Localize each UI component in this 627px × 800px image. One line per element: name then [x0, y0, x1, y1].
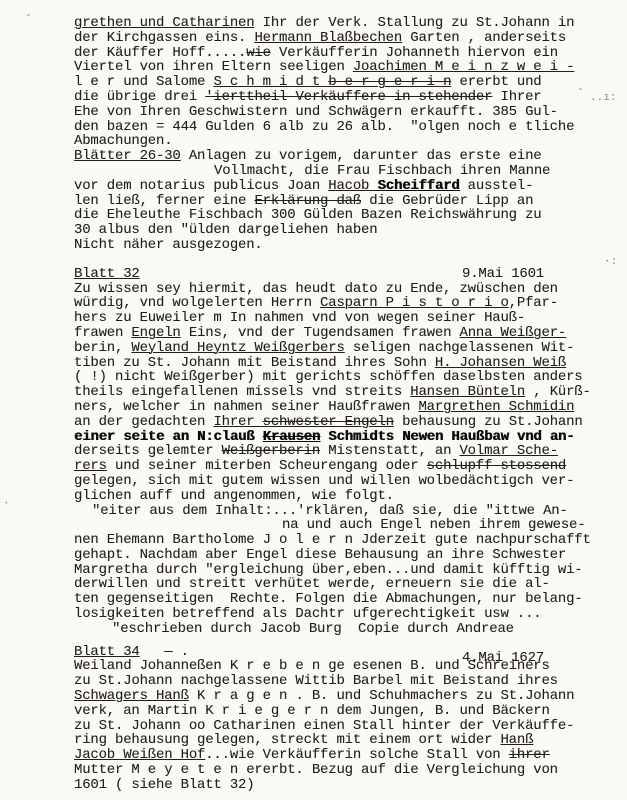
text-segment: Mutter M e y e t e n ererbt. Bezug auf d… — [74, 762, 558, 778]
text-segment: 30 albus den "ülden dargeliehen haben — [74, 222, 377, 238]
text-segment: Nicht näher ausgezogen. — [74, 237, 263, 253]
text-segment: seligen nachgelassenen Wit- — [345, 340, 575, 356]
text-segment: b e r g e r i n — [328, 74, 451, 90]
text-line: der Kirchgassen eins. Hermann Blaßbechen… — [74, 31, 609, 46]
text-segment: gehapt. Nachdam aber Engel diese Behausu… — [74, 547, 566, 563]
text-segment: Blatt 32 — [74, 266, 140, 282]
text-segment: "eschrieben durch Jacob Burg Copie durch… — [112, 621, 514, 637]
text-segment: behausung zu St.Johann — [394, 414, 583, 430]
text-segment: zu St.Johann nachgelassene Wittib Barbel… — [74, 673, 558, 689]
document-page: grethen und Catharinen Ihr der Verk. Sta… — [0, 0, 627, 800]
text-segment: der Kirchgassen eins. — [74, 30, 254, 46]
text-segment: S c h m i d t — [213, 74, 328, 90]
text-line: Ehe von Ihren Geschwistern und Schwägern… — [74, 105, 609, 120]
document-text: grethen und Catharinen Ihr der Verk. Sta… — [0, 0, 627, 793]
text-segment: Engeln — [131, 325, 180, 341]
text-line: gelegen, sich mit gutem wissen und wille… — [74, 474, 609, 489]
text-line: "eschrieben durch Jacob Burg Copie durch… — [74, 622, 609, 637]
text-segment: Scheiffard — [377, 178, 459, 194]
text-segment: 'ierttheil Verkäuffere in stehender — [205, 89, 492, 105]
text-segment: ( !) nicht Weißgerber) mit gerichts schö… — [74, 369, 583, 385]
text-segment: Abmachungen. — [74, 133, 172, 149]
text-segment: glichen auff und angenommen, wie folgt. — [74, 488, 394, 504]
text-line: ten gegenseitigen Rechte. Folgen die Abm… — [74, 592, 609, 607]
text-line: Mutter M e y e t e n ererbt. Bezug auf d… — [74, 763, 609, 778]
text-segment: Jacob Weißen Hof — [74, 747, 205, 763]
text-segment: vor dem notarius publicus Joan — [74, 178, 328, 194]
text-segment: Viertel von ihren Eltern seeligen — [74, 59, 353, 75]
text-segment: derseits gelemter — [74, 443, 222, 459]
text-line: grethen und Catharinen Ihr der Verk. Sta… — [74, 16, 609, 31]
text-line: derseits gelemter Weißgerberin Mistensta… — [74, 444, 609, 459]
text-segment: Joachimen M e i n z w e i - — [353, 59, 574, 75]
text-line: losigkeiten betreffend als Dachtr ufgere… — [74, 607, 609, 622]
text-segment: würdig, vnd wolgelerten Herrn — [74, 295, 320, 311]
text-line: Schwagers Hanß K r a g e n . B. und Schu… — [74, 689, 609, 704]
text-segment: berin, — [74, 340, 131, 356]
text-segment: an der gedachten — [74, 414, 213, 430]
text-segment: schlupff stossend — [427, 458, 566, 474]
text-segment: ausstel- — [459, 178, 533, 194]
text-line: würdig, vnd wolgelerten Herrn Casparn P … — [74, 296, 609, 311]
text-segment: l e r und Salome — [74, 74, 213, 90]
text-segment: theils eingefallenen missels vnd streits — [74, 384, 410, 400]
text-line: na und auch Engel neben ihrem gewese- — [74, 518, 609, 533]
scan-artifact: - — [25, 10, 32, 22]
scan-artifact: ·: — [604, 256, 617, 268]
text-line: rers und seiner miterben Scheurengang od… — [74, 459, 609, 474]
text-segment: ten gegenseitigen Rechte. Folgen die Abm… — [74, 591, 583, 607]
section-heading-blaetter-26-30: Blätter 26-30 Anlagen zu vorigem, darunt… — [74, 149, 609, 164]
text-segment: ,Pfar- — [509, 295, 558, 311]
scan-artifact: · — [3, 498, 10, 510]
text-line: gehapt. Nachdam aber Engel diese Behausu… — [74, 548, 609, 563]
text-segment: nen Ehemann Bartholome J o l e r n Jderz… — [74, 532, 591, 548]
scan-artifact: - — [577, 84, 584, 96]
text-segment: losigkeiten betreffend als Dachtr ufgere… — [74, 606, 541, 622]
text-segment: Volmar Sche- — [459, 443, 557, 459]
text-segment: Vollmacht, die Frau Fischbach ihren Mann… — [214, 163, 550, 179]
text-segment: Anlagen zu vorigem, darunter das erste e… — [181, 148, 542, 164]
text-segment: K r a g e n . B. und Schuhmachers zu St.… — [189, 688, 574, 704]
text-segment: hers zu Euweiler m In nahmen vnd von weg… — [74, 310, 525, 326]
text-line: glichen auff und angenommen, wie folgt. — [74, 489, 609, 504]
section-heading-blatt-32: Blatt 329.Mai 1601 — [74, 267, 609, 282]
text-segment: ihrer — [509, 747, 550, 763]
text-segment: rers — [74, 458, 107, 474]
text-segment: und seiner miterben Scheurengang oder — [107, 458, 427, 474]
text-segment: verk, an Martin K r i e g e r n dem Jung… — [74, 703, 550, 719]
text-line: Jacob Weißen Hof...wie Verkäufferin solc… — [74, 748, 609, 763]
text-line: ( !) nicht Weißgerber) mit gerichts schö… — [74, 370, 609, 385]
text-segment: Ihrer — [213, 414, 262, 430]
text-line: Nicht näher ausgezogen. — [74, 238, 609, 253]
text-line: frawen Engeln Eins, vnd der Tugendsamen … — [74, 326, 609, 341]
text-segment: 1601 ( siehe Blatt 32) — [74, 777, 254, 793]
text-line: berin, Weyland Heyntz Weißgerbers selige… — [74, 341, 609, 356]
text-segment: schwester Engeln — [263, 414, 394, 430]
text-line: vor dem notarius publicus Joan Hacob Sch… — [74, 179, 609, 194]
text-segment: Ihr der Verk. Stallung zu St.Johann in — [254, 15, 574, 31]
text-segment: Hacob — [328, 178, 377, 194]
text-line: die Eheleuthe Fischbach 300 Gülden Bazen… — [74, 208, 609, 223]
text-line: Abmachungen. — [74, 134, 609, 149]
text-segment: Garten , anderseits — [402, 30, 566, 46]
text-line: 30 albus den "ülden dargeliehen haben — [74, 223, 609, 238]
text-segment: frawen — [74, 325, 131, 341]
text-line: zu St.Johann nachgelassene Wittib Barbel… — [74, 674, 609, 689]
text-segment: Hansen Bünteln — [410, 384, 525, 400]
text-segment: gelegen, sich mit gutem wissen und wille… — [74, 473, 574, 489]
text-segment: Blätter 26-30 — [74, 148, 181, 164]
text-segment: Anna Weißger- — [460, 325, 567, 341]
text-line: Viertel von ihren Eltern seeligen Joachi… — [74, 60, 609, 75]
text-segment: Ihrer — [492, 89, 541, 105]
text-line: l e r und Salome S c h m i d t b e r g e… — [74, 75, 609, 90]
text-line: ners, welcher in nahmen seiner Haußfrawe… — [74, 400, 609, 415]
scan-artifact: ..ı: — [590, 92, 616, 104]
text-segment: Margrethen Schmidin — [418, 399, 574, 415]
text-line: verk, an Martin K r i e g e r n dem Jung… — [74, 704, 609, 719]
text-segment: na und auch Engel neben ihrem gewese- — [282, 517, 585, 533]
text-line: an der gedachten Ihrer schwester Engeln … — [74, 415, 609, 430]
text-segment: , Kürß- — [525, 384, 591, 400]
text-line: 1601 ( siehe Blatt 32) — [74, 778, 609, 793]
text-segment: Weyland Heyntz Weißgerbers — [131, 340, 344, 356]
text-segment: grethen und Catharinen — [74, 15, 254, 31]
date-label: 9.Mai 1601 — [462, 267, 544, 282]
text-segment: Mistenstatt, an — [320, 443, 459, 459]
text-line: die übrige drei 'ierttheil Verkäuffere i… — [74, 90, 609, 105]
text-line: theils eingefallenen missels vnd streits… — [74, 385, 609, 400]
text-segment: Hermann Blaßbechen — [254, 30, 402, 46]
text-line: hers zu Euweiler m In nahmen vnd von weg… — [74, 311, 609, 326]
text-segment: Schwagers Hanß — [74, 688, 189, 704]
text-segment: Casparn P i s t o r i o — [320, 295, 509, 311]
text-line: Vollmacht, die Frau Fischbach ihren Mann… — [74, 164, 609, 179]
text-line: nen Ehemann Bartholome J o l e r n Jderz… — [74, 533, 609, 548]
scan-artifact: ·· — [200, 147, 213, 159]
text-segment: ...wie Verkäufferin solche Stall von — [205, 747, 508, 763]
text-segment: die Eheleuthe Fischbach 300 Gülden Bazen… — [74, 207, 541, 223]
text-segment: die übrige drei — [74, 89, 205, 105]
text-segment: ererbt und — [451, 74, 541, 90]
text-segment: Weißgerberin — [222, 443, 320, 459]
text-segment: Eins, vnd der Tugendsamen frawen — [181, 325, 460, 341]
text-segment: Ehe von Ihren Geschwistern und Schwägern… — [74, 104, 558, 120]
text-segment: ners, welcher in nahmen seiner Haußfrawe… — [74, 399, 418, 415]
